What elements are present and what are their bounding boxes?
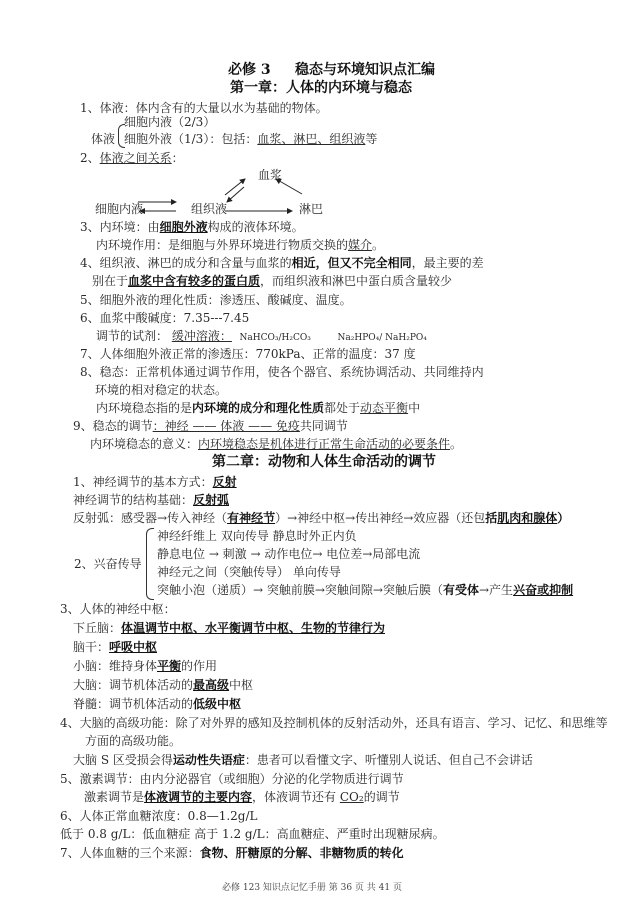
text: 的调节	[364, 790, 400, 804]
text: →产生	[479, 583, 513, 597]
text: 。	[372, 238, 384, 252]
text-bold: 食物、肝糖原的分解、非糖物质的转化	[200, 846, 404, 860]
text-bold: 运动性失语症	[173, 753, 245, 767]
text-bold-underlined: 呼吸中枢	[109, 640, 157, 654]
c2-item3: 3、人体的神经中枢：	[60, 601, 176, 617]
page-footer: 必修 123 知识点记忆手册 第 36 页 共 41 页	[222, 880, 402, 896]
conduction-row: 神经元之间（突触传导） 单向传导	[157, 564, 341, 580]
text: 1、神经调节的基本方式：	[73, 475, 213, 489]
text-bold-underlined: 反射	[213, 475, 237, 489]
c1-item4: 4、组织液、淋巴的成分和含量与血浆的相近，但又不完全相同，最主要的差	[80, 255, 484, 271]
c1-item9-meaning: 内环境稳态的意义：内环境稳态是机体进行正常生命活动的必要条件。	[90, 436, 462, 452]
text-bold-underlined: 血浆中含有较多的蛋白质	[128, 274, 260, 288]
c1-item6-reagent: 调节的试剂： 缓冲溶液： NaHCO₃/H₂CO₃ Na₂HPO₄/ NaH₂P…	[96, 328, 427, 346]
c1-item3: 3、内环境：由细胞外液构成的液体环境。	[80, 219, 304, 235]
text-bold: 有受体	[443, 583, 479, 597]
text: 突触小泡（递质）→ 突触前膜→突触间隙→突触后膜（	[157, 583, 443, 597]
text: 小脑：维持身体	[73, 659, 157, 673]
text: 的作用	[181, 659, 217, 673]
text-bold: 低级中枢	[193, 697, 241, 711]
text-bold: 相近，但又不完全相同	[292, 256, 412, 270]
brace	[146, 528, 154, 600]
text-bold-underlined: 肌肉和腺体	[497, 511, 557, 525]
text-underlined: 媒介	[348, 238, 372, 252]
text: ）→神经中枢→传出神经→效应器（还包	[275, 511, 485, 525]
text-bold: 内环境的成分和理化性质	[192, 401, 324, 415]
c1-item4-cont: 别在于血浆中含有较多的蛋白质，而组织液和淋巴中蛋白质含量较少	[92, 273, 452, 289]
text: 神经调节的结构基础：	[73, 493, 193, 507]
text-bold-underlined: 平衡	[157, 659, 181, 673]
c1-item6: 6、血浆中酸碱度：7.35---7.45	[80, 310, 249, 326]
text-underlined: 内环境稳态是机体进行正常生命活动的必要条件	[198, 437, 450, 451]
chapter2-title: 第二章：动物和人体生命活动的调节	[212, 454, 436, 470]
text: 反射弧：感受器→传入神经（	[73, 511, 227, 525]
text: 。	[450, 437, 462, 451]
text-bold-underlined: 反射弧	[193, 493, 229, 507]
c2-item5-cont: 激素调节是体液调节的主要内容，体液调节还有 CO₂的调节	[84, 789, 400, 805]
text-underlined: 缓冲溶液：	[172, 329, 232, 343]
text-bold-underlined: 体温调节中枢、水平衡调节中枢、生物的节律行为	[121, 621, 385, 635]
formula: Na₂HPO₄/ NaH₂PO₄	[338, 333, 427, 343]
text: 9、稳态的调节	[73, 419, 153, 433]
diagram-arrows	[0, 0, 640, 905]
c1-item8-cont: 环境的相对稳定的状态。	[95, 382, 227, 398]
c1-item5: 5、细胞外液的理化性质：渗透压、酸碱度、温度。	[80, 292, 352, 308]
c1-item9: 9、稳态的调节：神经 —— 体液 —— 免疫共同调节	[73, 418, 348, 434]
c2-item4-cont: 方面的高级功能。	[85, 733, 181, 749]
c1-item8-homeostasis: 内环境稳态指的是内环境的成分和理化性质都处于动态平衡中	[96, 400, 420, 416]
text: 4、组织液、淋巴的成分和含量与血浆的	[80, 256, 292, 270]
c2-item7: 7、人体血糖的三个来源：食物、肝糖原的分解、非糖物质的转化	[60, 845, 404, 861]
text: 脊髓：调节机体活动的	[73, 697, 193, 711]
text: 共同调节	[300, 419, 348, 433]
text: 内环境稳态的意义：	[90, 437, 198, 451]
brainstem: 脑干：呼吸中枢	[73, 639, 157, 655]
text: 都处于	[324, 401, 360, 415]
c2-item4: 4、大脑的高级功能：除了对外界的感知及控制机体的反射活动外，还具有语言、学习、记…	[60, 715, 608, 731]
text-bold: ）	[557, 511, 569, 525]
c1-item3-role: 内环境作用：是细胞与外界环境进行物质交换的媒介。	[96, 237, 384, 253]
text: 调节的试剂：	[96, 329, 168, 343]
text: 下丘脑：	[73, 621, 121, 635]
conduction-row: 突触小泡（递质）→ 突触前膜→突触间隙→突触后膜（有受体→产生兴奋或抑制	[157, 582, 573, 598]
conduction-row: 静息电位 → 刺激 → 动作电位→ 电位差→局部电流	[157, 546, 420, 562]
text-underlined: 动态平衡	[360, 401, 408, 415]
c2-item1: 1、神经调节的基本方式：反射	[73, 474, 237, 490]
formula: NaHCO₃/H₂CO₃	[240, 333, 311, 343]
text: 内环境作用：是细胞与外界环境进行物质交换的	[96, 238, 348, 252]
c2-item1-basis: 神经调节的结构基础：反射弧	[73, 492, 229, 508]
text-bold: 括	[485, 511, 497, 525]
c2-item6-cont: 低于 0.8 g/L：低血糖症 高于 1.2 g/L：高血糖症、严重时出现糖尿病…	[60, 826, 445, 842]
text: ，最主要的差	[412, 256, 484, 270]
text: 构成的液体环境。	[208, 220, 304, 234]
text: 7、人体血糖的三个来源：	[60, 846, 200, 860]
c2-item2-label: 2、兴奋传导	[74, 556, 142, 572]
text: 中枢	[229, 678, 253, 692]
text: ：患者可以看懂文字、听懂别人说话、但自己不会讲话	[245, 753, 533, 767]
c2-item5: 5、激素调节：由内分泌器官（或细胞）分泌的化学物质进行调节	[60, 771, 404, 787]
text: 激素调节是	[84, 790, 144, 804]
text: 3、内环境：由	[80, 220, 160, 234]
text-bold-underlined: 兴奋或抑制	[513, 583, 573, 597]
text-underlined: ：神经 —— 体液 —— 免疫	[153, 419, 300, 433]
text: 内环境稳态指的是	[96, 401, 192, 415]
text: 别在于	[92, 274, 128, 288]
cerebrum: 大脑：调节机体活动的最高级中枢	[73, 677, 253, 693]
conduction-row: 神经纤维上 双向传导 静息时外正内负	[157, 528, 357, 544]
text-bold-underlined: 有神经节	[227, 511, 275, 525]
text: 大脑 S 区受损会得	[73, 753, 173, 767]
text-underlined: CO₂	[340, 790, 364, 804]
text: 大脑：调节机体活动的	[73, 678, 193, 692]
text: ，而组织液和淋巴中蛋白质含量较少	[260, 274, 452, 288]
text-bold-underlined: 体液调节的主要内容	[144, 790, 252, 804]
c1-item8: 8、稳态：正常机体通过调节作用，使各个器官、系统协调活动、共同维持内	[80, 364, 484, 380]
text-bold-underlined: 细胞外液	[160, 220, 208, 234]
text-bold-underlined: 最高级	[193, 678, 229, 692]
hypothalamus: 下丘脑：体温调节中枢、水平衡调节中枢、生物的节律行为	[73, 620, 385, 636]
text: ，体液调节还有	[252, 790, 340, 804]
c2-item6: 6、人体正常血糖浓度：0.8—1.2g/L	[60, 808, 258, 824]
text: 中	[408, 401, 420, 415]
spinal-cord: 脊髓：调节机体活动的低级中枢	[73, 696, 241, 712]
cerebellum: 小脑：维持身体平衡的作用	[73, 658, 217, 674]
c2-reflex-arc: 反射弧：感受器→传入神经（有神经节）→神经中枢→传出神经→效应器（还包括肌肉和腺…	[73, 510, 569, 526]
c2-item4-aphasia: 大脑 S 区受损会得运动性失语症：患者可以看懂文字、听懂别人说话、但自己不会讲话	[73, 752, 533, 768]
text: 脑干：	[73, 640, 109, 654]
c1-item7: 7、人体细胞外液正常的渗透压：770kPa、正常的温度：37 度	[80, 346, 416, 362]
